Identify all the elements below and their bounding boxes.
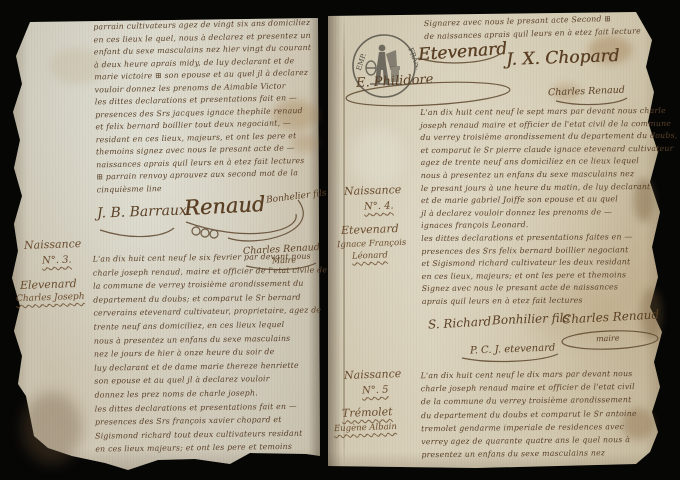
margin-number-3: N°. 3. bbox=[42, 254, 72, 266]
entry-2-closing-text: parrain cultivateurs agez de vingt six a… bbox=[93, 17, 329, 197]
signature-renaud-paraph: Renaud bbox=[183, 192, 265, 220]
margin-number-5: N°. 5 bbox=[362, 385, 389, 397]
signature-title-maire: maire bbox=[596, 334, 620, 344]
manuscript-line: aprais quil leurs en à etez fait lecture… bbox=[422, 294, 660, 309]
manuscript-line: presentez un enfans du sexe masculains n… bbox=[421, 446, 659, 462]
entry-3-text: L'an dix huit cent neuf le six fevrier p… bbox=[93, 249, 328, 456]
margin-heading-naissance-3: Naissance bbox=[24, 237, 82, 252]
entry-5-text: L'an dix huit cent neuf le dix mars par … bbox=[421, 367, 660, 462]
signature-barraux: J. B. Barraux bbox=[97, 202, 187, 221]
margin-given-names-4b: Léonard bbox=[352, 250, 388, 261]
manuscript-line: en ces lieux, majeurs; et ont les pere e… bbox=[422, 269, 660, 284]
margin-heading-naissance-5: Naissance bbox=[344, 367, 402, 382]
signature-bonhilier: Bonhilier fils bbox=[492, 311, 570, 328]
margin-surname-tremolet: Trémolet bbox=[342, 405, 393, 420]
manuscript-scan: EMP. FRAN. parrain cultivateurs agez de … bbox=[0, 0, 680, 480]
margin-number-4: N°. 4. bbox=[364, 200, 394, 212]
entry-4-text: L'an dix huit cent neuf le sept mars par… bbox=[420, 105, 660, 309]
signature-chopard: J. X. Chopard bbox=[506, 46, 620, 70]
manuscript-line: en ces lieux majeurs; et ont les pere et… bbox=[95, 440, 327, 457]
manuscript-line: verrey agez de quarante quatre ans le qu… bbox=[421, 433, 659, 449]
margin-surname-etevenard: Etevenard bbox=[341, 222, 399, 237]
margin-surname-elevenard: Elevenard bbox=[20, 277, 77, 292]
margin-heading-naissance-4: Naissance bbox=[344, 183, 402, 198]
manuscript-line: le presant jours à une heure du matin, d… bbox=[421, 181, 659, 196]
